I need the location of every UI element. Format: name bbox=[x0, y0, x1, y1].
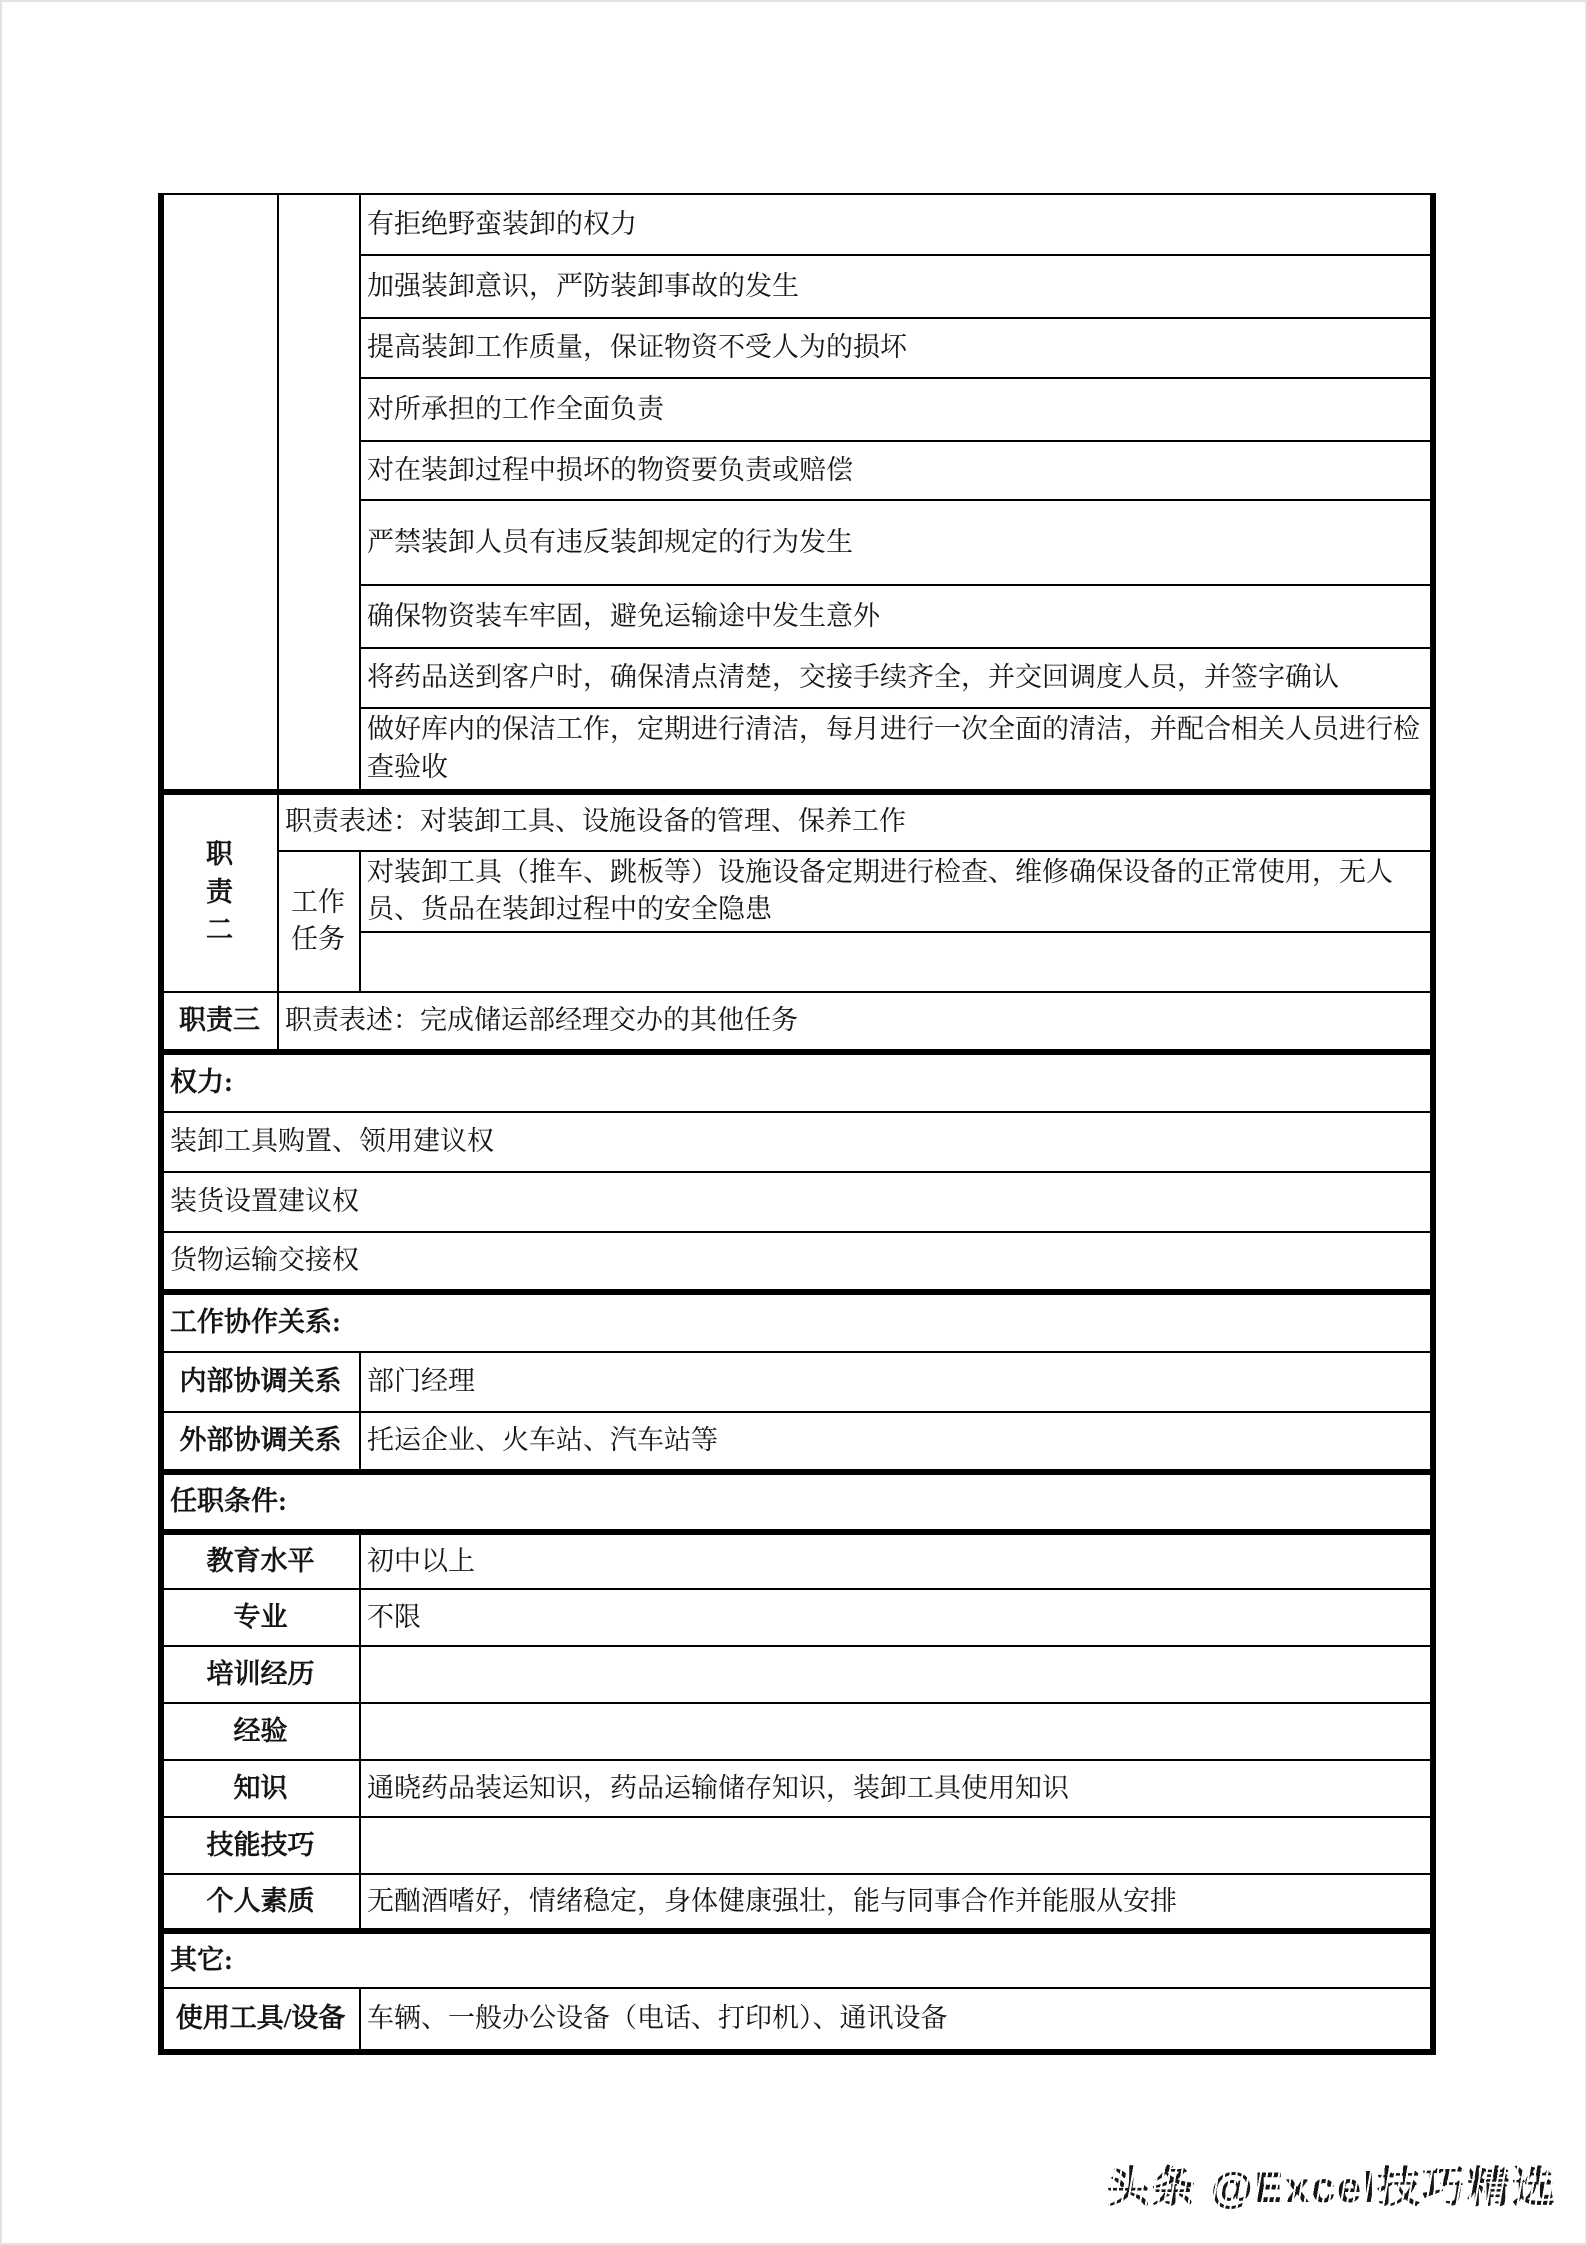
qualification-value bbox=[360, 1646, 1433, 1703]
other-value: 车辆、一般办公设备（电话、打印机）、通讯设备 bbox=[360, 1988, 1433, 2052]
qualification-label: 个人素质 bbox=[161, 1874, 360, 1931]
authority-header: 权力: bbox=[161, 1052, 1433, 1112]
duty1-task-cell: 将药品送到客户时，确保清点清楚，交接手续齐全，并交回调度人员，并签字确认 bbox=[360, 648, 1433, 708]
duty1-task-cell: 确保物资装车牢固，避免运输途中发生意外 bbox=[360, 585, 1433, 648]
authority-item: 装卸工具购置、领用建议权 bbox=[161, 1112, 1433, 1172]
qualification-label: 专业 bbox=[161, 1589, 360, 1646]
duty1-label-cell bbox=[161, 194, 278, 792]
qualification-value: 通晓药品装运知识，药品运输储存知识，装卸工具使用知识 bbox=[360, 1760, 1433, 1817]
duty2-task-cell bbox=[360, 932, 1433, 992]
duty1-task-cell: 加强装卸意识，严防装卸事故的发生 bbox=[360, 255, 1433, 318]
qualification-label: 知识 bbox=[161, 1760, 360, 1817]
duty1-task-cell: 严禁装卸人员有违反装卸规定的行为发生 bbox=[360, 500, 1433, 585]
qualification-header: 任职条件: bbox=[161, 1472, 1433, 1532]
duty1-tasklabel-cell bbox=[278, 194, 360, 792]
qualification-value: 无酗酒嗜好，情绪稳定，身体健康强壮，能与同事合作并能服从安排 bbox=[360, 1874, 1433, 1931]
qualification-label: 教育水平 bbox=[161, 1532, 360, 1589]
qualification-label: 培训经历 bbox=[161, 1646, 360, 1703]
document-page: 有拒绝野蛮装卸的权力 加强装卸意识，严防装卸事故的发生 提高装卸工作质量，保证物… bbox=[0, 0, 1587, 2245]
qualification-value: 初中以上 bbox=[360, 1532, 1433, 1589]
duty3-label: 职责三 bbox=[161, 992, 278, 1052]
watermark-text: 头条 @Excel技巧精选 bbox=[1107, 2154, 1557, 2215]
qualification-label: 技能技巧 bbox=[161, 1817, 360, 1874]
duty2-task-cell: 对装卸工具（推车、跳板等）设施设备定期进行检查、维修确保设备的正常使用，无人员、… bbox=[360, 851, 1433, 933]
duty1-task-cell: 做好库内的保洁工作，定期进行清洁，每月进行一次全面的清洁，并配合相关人员进行检查… bbox=[360, 708, 1433, 792]
cooperation-label: 外部协调关系 bbox=[161, 1412, 360, 1472]
authority-item: 装货设置建议权 bbox=[161, 1172, 1433, 1232]
duty1-task-cell: 对在装卸过程中损坏的物资要负责或赔偿 bbox=[360, 441, 1433, 500]
cooperation-label: 内部协调关系 bbox=[161, 1352, 360, 1412]
duty1-task-cell: 对所承担的工作全面负责 bbox=[360, 378, 1433, 441]
cooperation-header: 工作协作关系: bbox=[161, 1292, 1433, 1352]
duty3-summary: 职责表述：完成储运部经理交办的其他任务 bbox=[278, 992, 1433, 1052]
qualification-value: 不限 bbox=[360, 1589, 1433, 1646]
job-description-table: 有拒绝野蛮装卸的权力 加强装卸意识，严防装卸事故的发生 提高装卸工作质量，保证物… bbox=[158, 193, 1436, 2055]
qualification-label: 经验 bbox=[161, 1703, 360, 1760]
cooperation-value: 部门经理 bbox=[360, 1352, 1433, 1412]
other-header: 其它: bbox=[161, 1931, 1433, 1988]
duty2-summary: 职责表述：对装卸工具、设施设备的管理、保养工作 bbox=[278, 792, 1433, 851]
other-label: 使用工具/设备 bbox=[161, 1988, 360, 2052]
qualification-value bbox=[360, 1703, 1433, 1760]
duty2-task-label: 工作 任务 bbox=[278, 851, 360, 993]
cooperation-value: 托运企业、火车站、汽车站等 bbox=[360, 1412, 1433, 1472]
duty1-task-cell: 有拒绝野蛮装卸的权力 bbox=[360, 194, 1433, 255]
duty2-label: 职 责 二 bbox=[161, 792, 278, 993]
qualification-value bbox=[360, 1817, 1433, 1874]
authority-item: 货物运输交接权 bbox=[161, 1232, 1433, 1292]
duty1-task-cell: 提高装卸工作质量，保证物资不受人为的损坏 bbox=[360, 318, 1433, 378]
